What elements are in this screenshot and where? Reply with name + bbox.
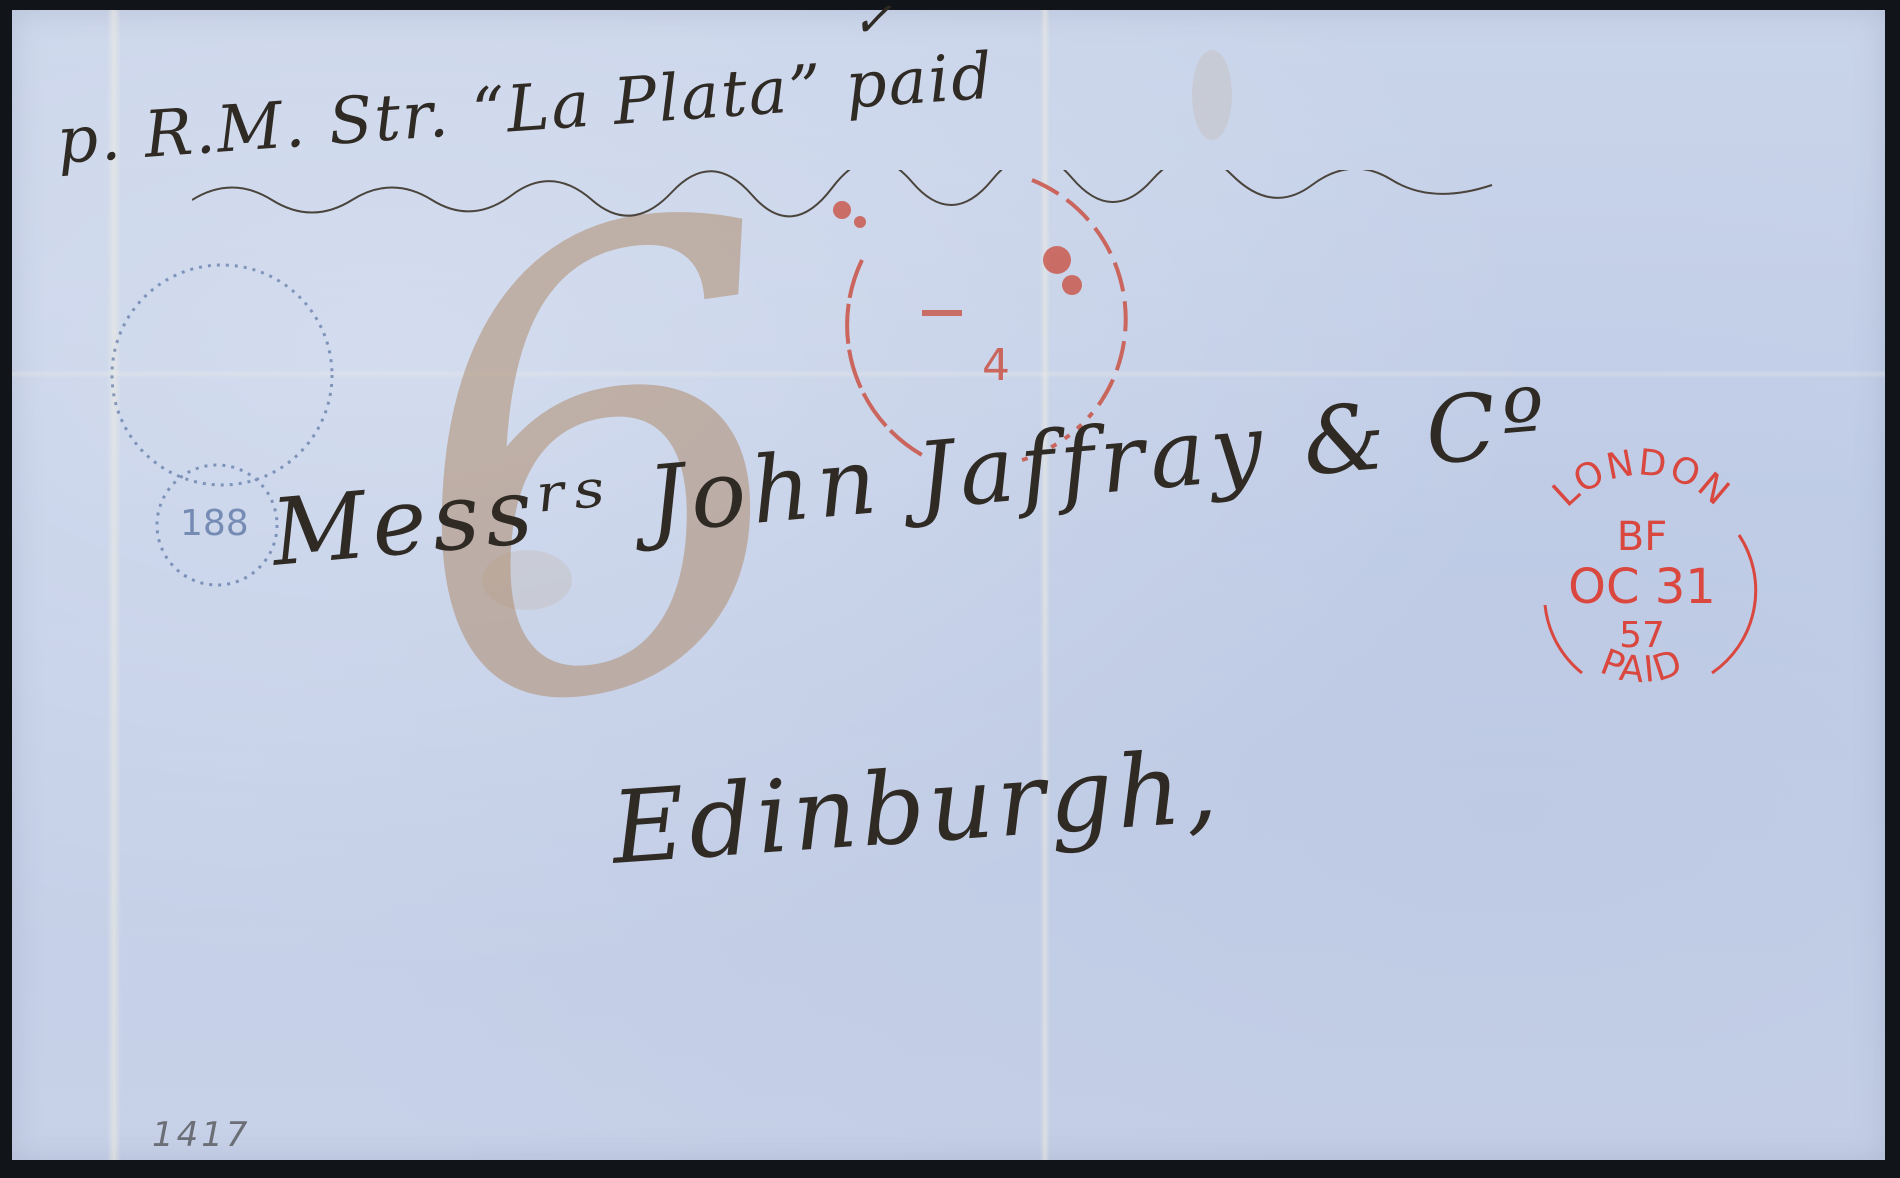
pencil-reference-note: 1417 xyxy=(152,1115,251,1155)
ink-stain xyxy=(1192,50,1232,140)
svg-text:LONDON: LONDON xyxy=(1545,442,1738,515)
blue-stamp-text: 188 xyxy=(180,503,249,544)
london-stamp-date: OC 31 xyxy=(1568,559,1716,615)
letter-sheet: 6 188 4 xyxy=(12,10,1885,1160)
red-stamp-text: 4 xyxy=(982,340,1010,391)
london-stamp-code: BF xyxy=(1617,514,1667,560)
london-stamp-top: LONDON xyxy=(1545,442,1738,515)
endorsement-underline xyxy=(192,170,1512,230)
manuscript-tick-mark: ✓ xyxy=(852,0,894,48)
